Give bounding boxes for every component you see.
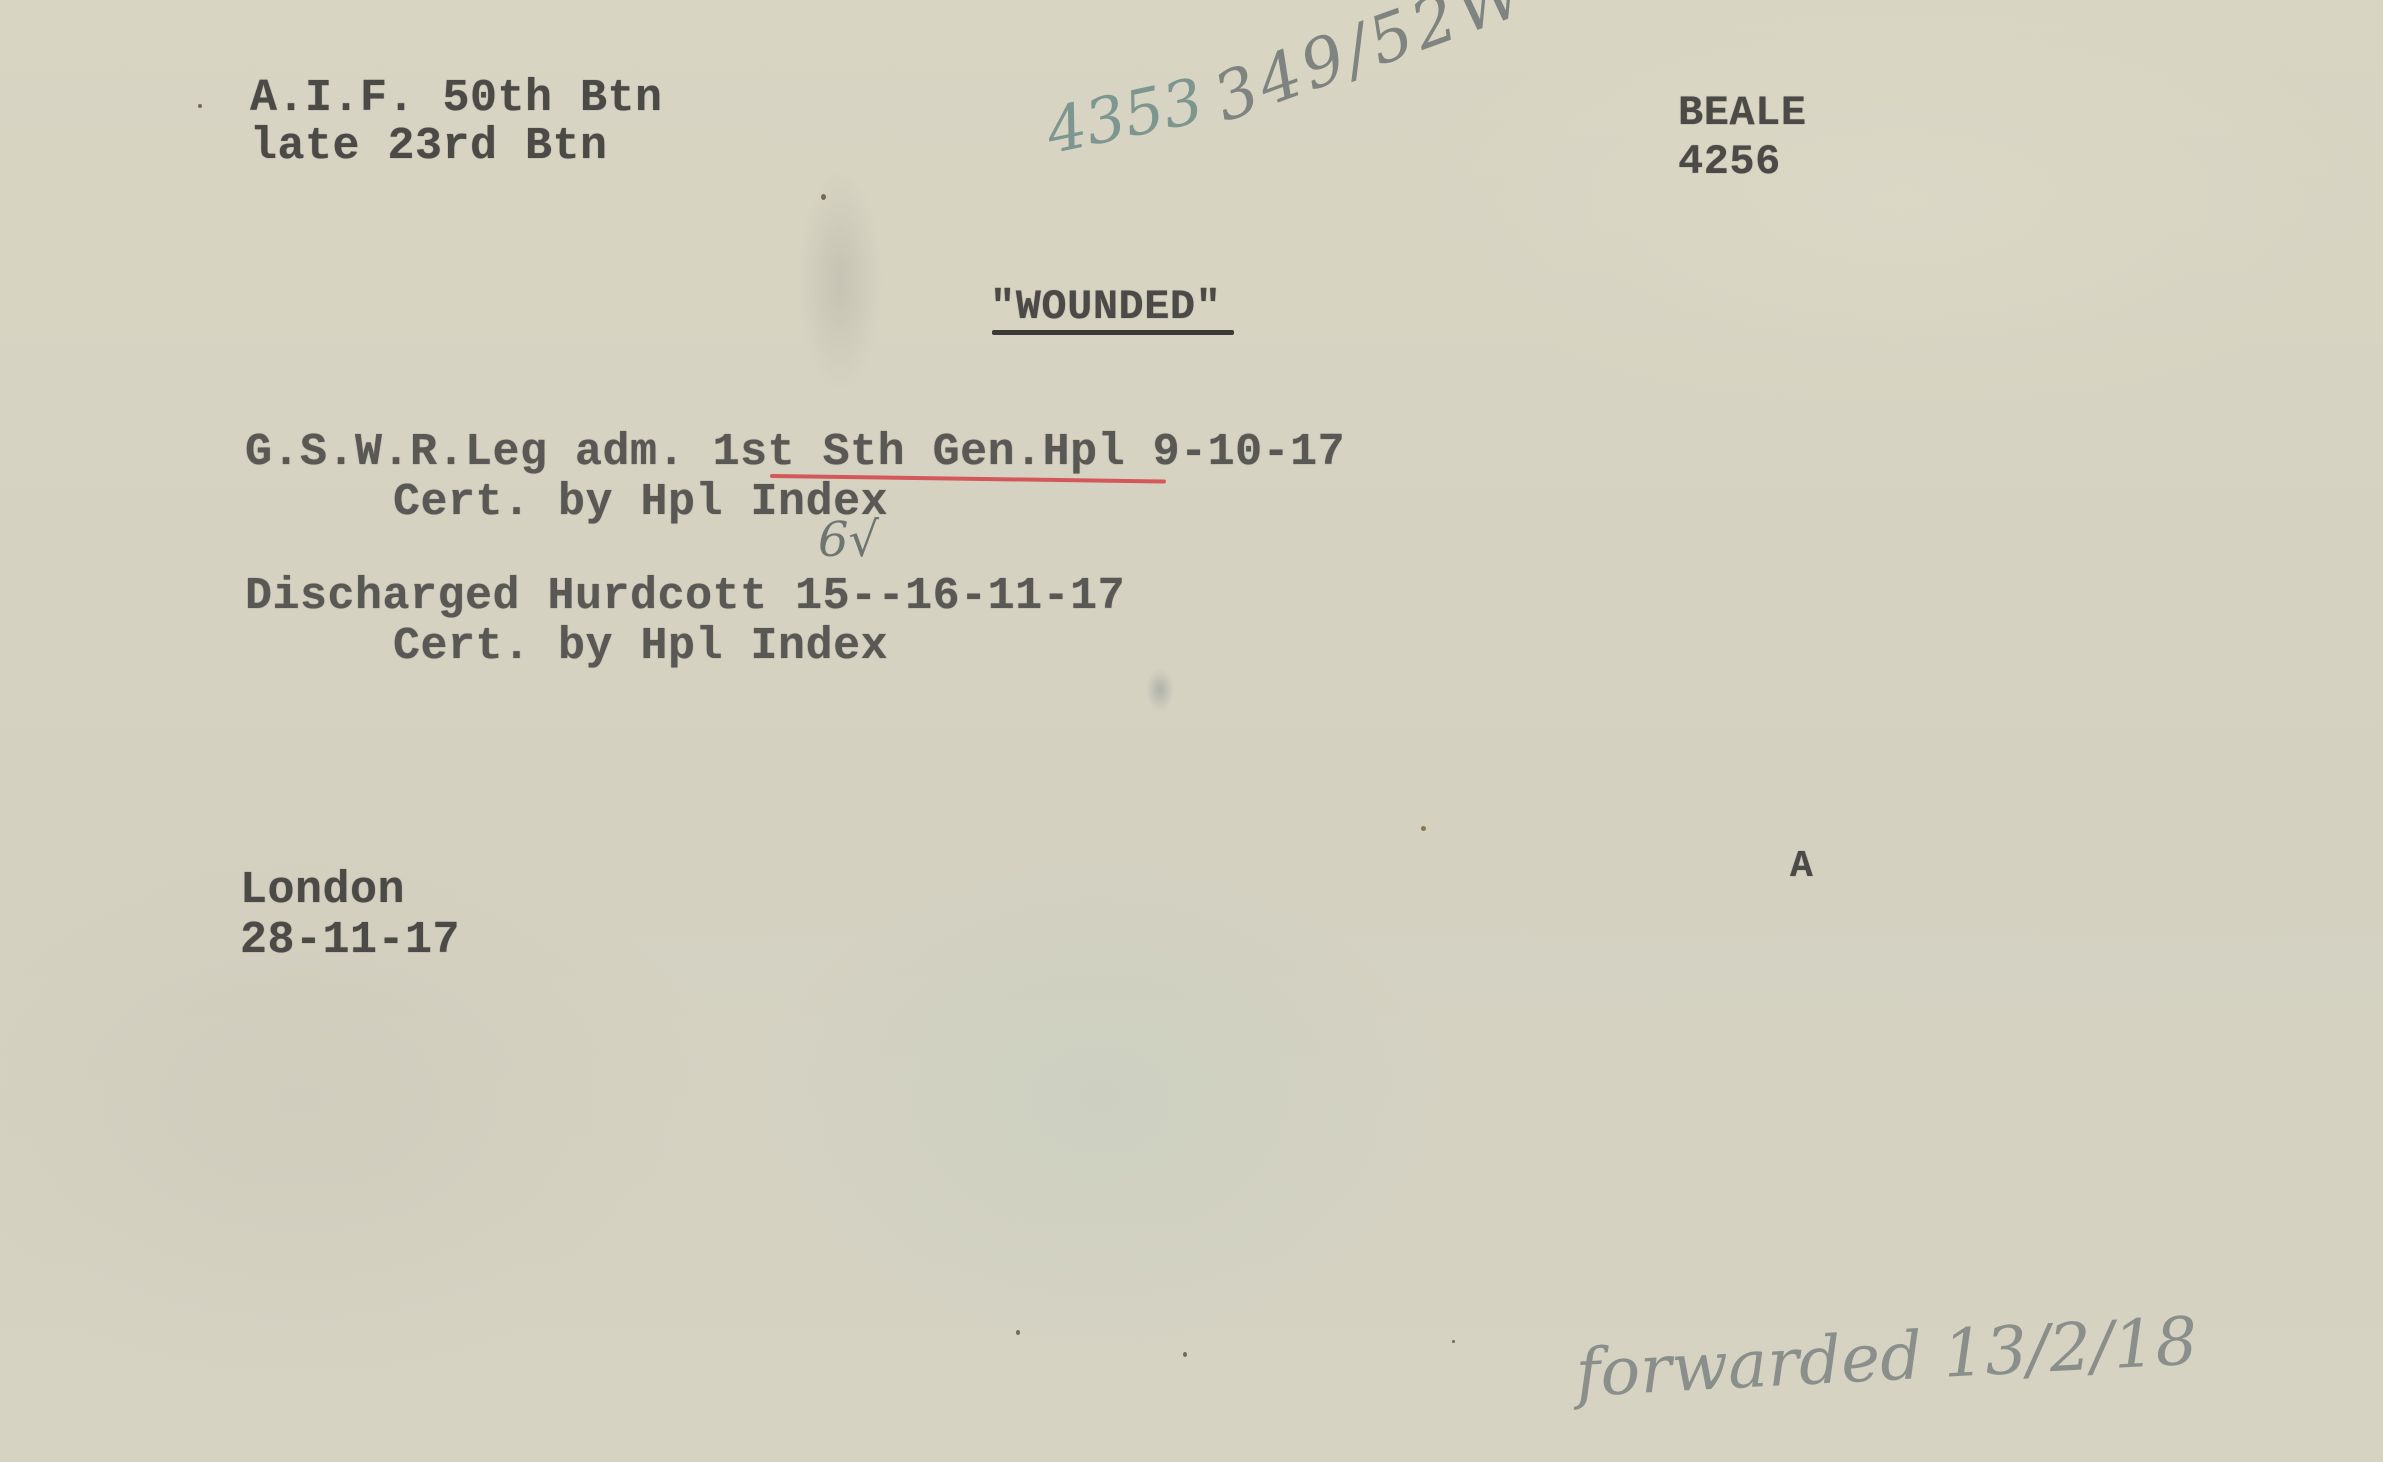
paper-speck: [198, 104, 202, 108]
handwritten-ref-4353: 4353: [1040, 64, 1210, 168]
entry-1-date: 9-10-17: [1125, 427, 1345, 478]
unit-line-1: A.I.F. 50th Btn: [250, 74, 663, 124]
soldier-number: 4256: [1678, 137, 1781, 187]
handwritten-ref-349-52w: 349/52W: [1204, 0, 1539, 137]
paper-speck: [1016, 1330, 1020, 1335]
status-heading: "WOUNDED": [990, 282, 1221, 332]
soldier-surname: BEALE: [1678, 88, 1807, 138]
place: London: [240, 866, 405, 916]
check-mark: 6√: [818, 512, 879, 568]
entry-2-certification: Cert. by Hpl Index: [393, 622, 888, 672]
heading-underline: [992, 330, 1234, 335]
paper-speck: [821, 194, 826, 200]
entry-1-prefix: G.S.W.R.Leg adm.: [245, 427, 713, 478]
entry-2-text: Discharged Hurdcott 15--16-11-17: [245, 572, 1125, 622]
entry-1-hospital: 1st Sth Gen.Hpl: [713, 427, 1126, 478]
forwarded-note: forwarded 13/2/18: [1574, 1303, 2199, 1412]
entry-1-text: G.S.W.R.Leg adm. 1st Sth Gen.Hpl 9-10-17: [245, 428, 1345, 478]
entry-1-certification: Cert. by Hpl Index: [393, 478, 888, 528]
paper-speck: [1183, 1352, 1187, 1357]
letter-code: A: [1790, 842, 1813, 892]
paper-speck: [1421, 826, 1426, 831]
record-card: A.I.F. 50th Btn late 23rd Btn 4353 349/5…: [0, 0, 2383, 1462]
unit-line-2: late 23rd Btn: [250, 122, 608, 172]
paper-speck: [1452, 1340, 1455, 1343]
record-date: 28-11-17: [240, 916, 460, 966]
